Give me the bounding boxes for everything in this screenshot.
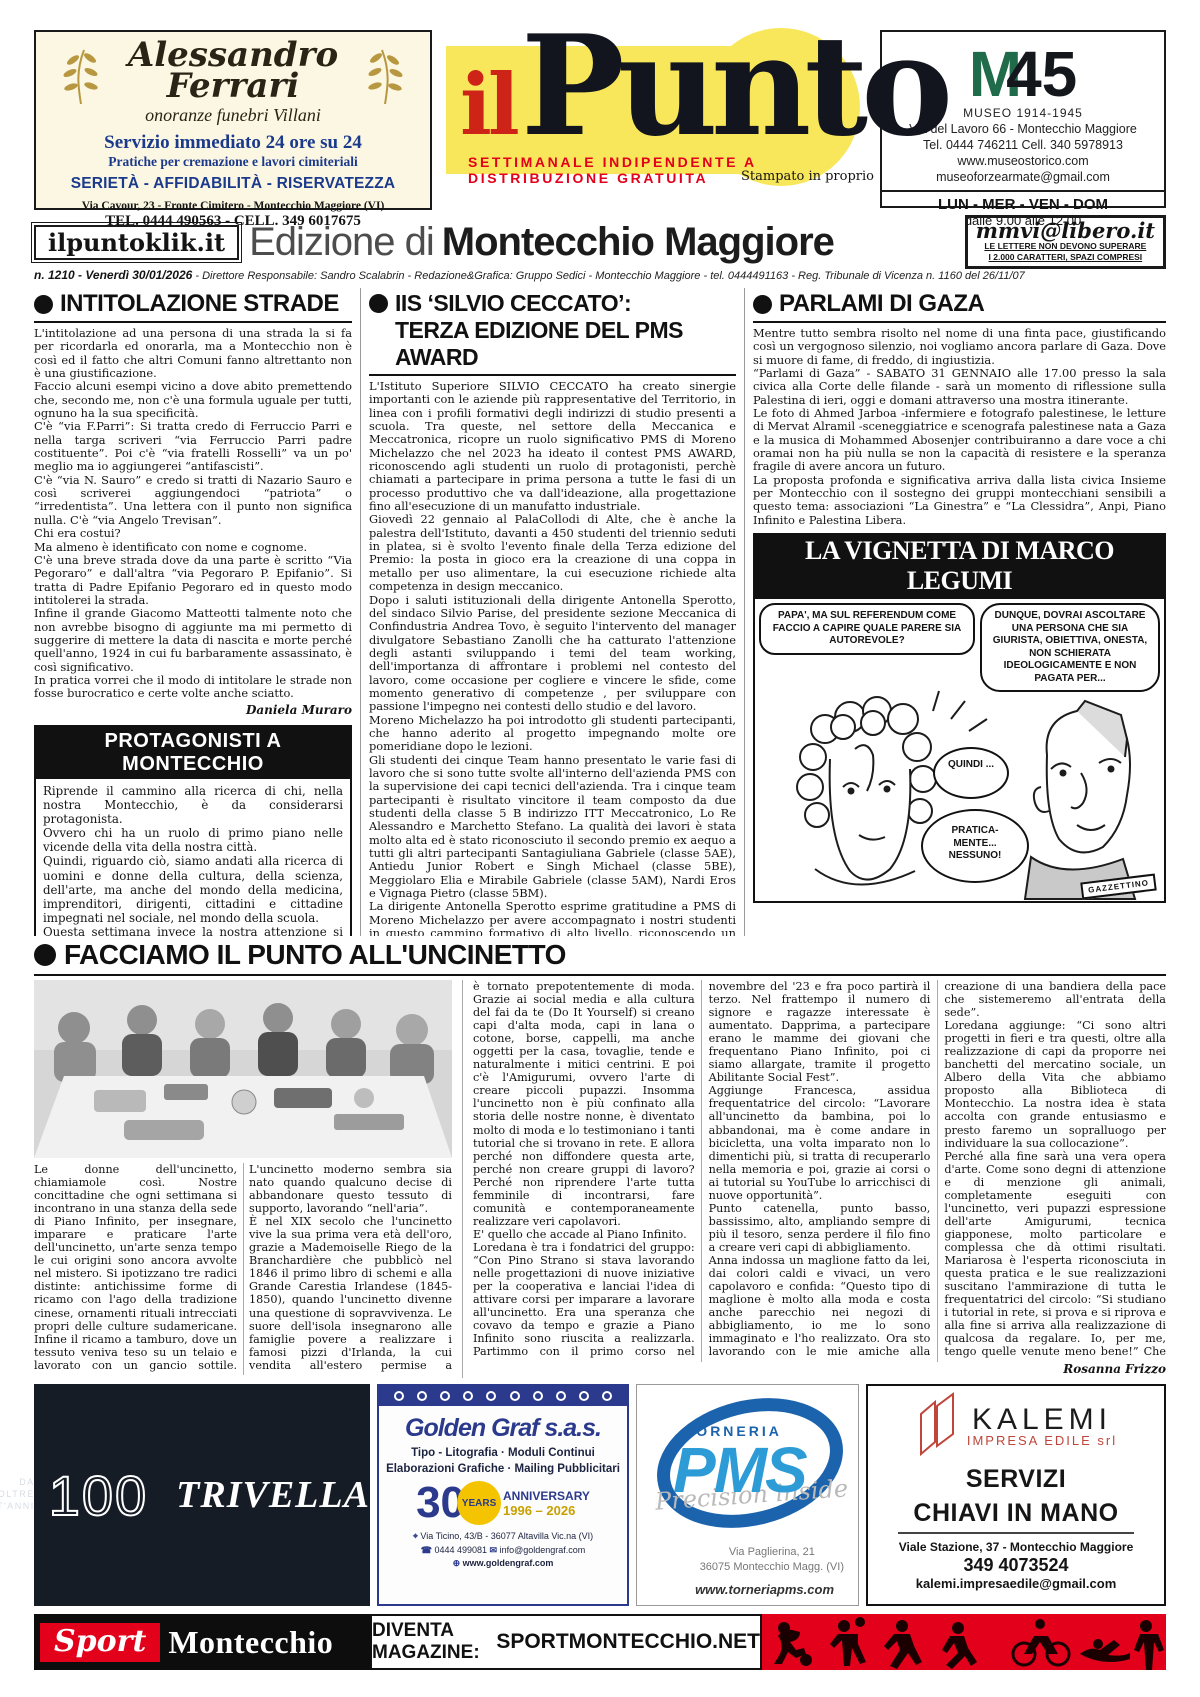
masthead-logo: il Punto: [460, 4, 946, 167]
intitolazione-body: L'intitolazione ad una persona di una st…: [34, 327, 352, 701]
ceccato-title-line2: TERZA EDIZIONE DEL PMS AWARD: [395, 317, 736, 371]
ferrari-subtitle: onoranze funebri Villani: [36, 105, 430, 126]
vignetta-title: LA VIGNETTA DI MARCO LEGUMI: [755, 535, 1164, 599]
kalemi-logo: KALEMI IMPRESA EDILE srl: [868, 1392, 1164, 1458]
top-articles-section: INTITOLAZIONE STRADE L'intitolazione ad …: [34, 288, 1166, 936]
globe-icon: ⊕: [453, 1558, 463, 1568]
uncinetto-title: FACCIAMO IL PUNTO ALL'UNCINETTO: [64, 939, 566, 971]
intitolazione-author: Daniela Muraro: [34, 703, 352, 717]
ferrari-funeral-ad: Alessandro Ferrari onoranze funebri Vill…: [34, 30, 432, 210]
gaza-body: Mentre tutto sembra risolto nel nome di …: [753, 327, 1166, 527]
letters-email-box: mmvi@libero.it LE LETTERE NON DEVONO SUP…: [965, 215, 1166, 268]
sports-pictograms-strip: [762, 1614, 1166, 1670]
speech-bubble-quindi: QUINDI ...: [933, 747, 1009, 799]
ferrari-practices-line: Pratiche per cremazione e lavori cimiter…: [36, 154, 430, 170]
edition-city: Montecchio Maggiore: [442, 220, 834, 265]
ferrari-values-line: SERIETÀ - AFFIDABILITÀ - RISERVATEZZA: [36, 175, 430, 193]
pms-website: www.torneriapms.com: [695, 1582, 834, 1597]
banner-site: SPORTMONTECCHIO.NET: [496, 1630, 760, 1654]
uncinetto-right-columns: è tornato prepotentemente di moda. Grazi…: [473, 980, 1166, 1362]
protagonisti-title: PROTAGONISTI A MONTECCHIO: [36, 727, 350, 779]
photo-illustration: [34, 980, 452, 1158]
logo-punto: Punto: [521, 4, 946, 167]
speech-bubble-answer: DUNQUE, DOVRAI ASCOLTARE UNA PERSONA CHE…: [980, 603, 1160, 692]
laurel-branch-icon: [362, 46, 408, 106]
protagonisti-box: PROTAGONISTI A MONTECCHIO Riprende il ca…: [34, 725, 352, 936]
vignetta-cartoon: PAPA', MA SUL REFERENDUM COME FACCIO A C…: [755, 599, 1164, 901]
ceccato-title-line1: IIS ‘SILVIO CECCATO’:: [395, 290, 631, 317]
golden-graf-services-1: Tipo - Litografia · Moduli Continui: [379, 1447, 627, 1459]
issue-number-date: n. 1210 - Venerdì 30/01/2026: [34, 268, 192, 282]
kalemi-address: Viale Stazione, 37 - Montecchio Maggiore: [868, 1540, 1164, 1554]
vignetta-box: LA VIGNETTA DI MARCO LEGUMI: [753, 533, 1166, 903]
trivellato-since-label: DA OLTRE CENT'ANNI: [0, 1477, 35, 1512]
anniversary-label: ANNIVERSARY: [503, 1489, 590, 1503]
pms-address: Via Paglierina, 21 36075 Montecchio Magg…: [700, 1545, 844, 1575]
kalemi-subtitle: IMPRESA EDILE srl: [967, 1433, 1117, 1448]
laurel-branch-icon: [58, 46, 104, 106]
headline-bullet-icon: [753, 295, 772, 314]
m45-logo-45: 45: [1006, 38, 1077, 110]
ceccato-body: L'Istituto Superiore SILVIO CECCATO ha c…: [369, 380, 736, 936]
divider: [898, 1532, 1135, 1534]
building-icon: [915, 1392, 959, 1458]
kalemi-phone: 349 4073524: [868, 1555, 1164, 1576]
uncinetto-right-block: è tornato prepotentemente di moda. Grazi…: [462, 980, 1166, 1378]
intitolazione-headline: INTITOLAZIONE STRADE: [34, 290, 352, 323]
ceccato-headline: IIS ‘SILVIO CECCATO’: TERZA EDIZIONE DEL…: [369, 290, 736, 376]
anniversary-dates: 1996 – 2026: [503, 1503, 590, 1518]
golden-graf-logo: Golden Graf s.a.s.: [379, 1414, 627, 1443]
uncinetto-left-block: Le donne dell'uncinetto, chiamiamole cos…: [34, 980, 452, 1378]
kalemi-service-line1: SERVIZI: [868, 1466, 1164, 1492]
headline-bullet-icon: [34, 944, 56, 966]
torneria-pms-ad: TORNERIA PMS Precision inside Via Paglie…: [636, 1384, 859, 1606]
ads-row: DA OLTRE CENT'ANNI 100 TRIVELLATO® Golde…: [34, 1384, 1166, 1606]
golden-graf-topbar: [379, 1386, 627, 1406]
sports-silhouettes: [762, 1614, 1166, 1670]
masthead: il Punto SETTIMANALE INDIPENDENTE A DIST…: [432, 30, 876, 214]
kalemi-name: KALEMI: [967, 1403, 1117, 1437]
website-badge: ilpuntoklik.it: [34, 225, 239, 260]
gaza-title: PARLAMI DI GAZA: [779, 290, 984, 318]
ferrari-phone: TEL. 0444 490563 - CELL. 349 6017675: [36, 213, 430, 230]
headline-bullet-icon: [369, 294, 388, 313]
printed-in-house-note: Stampato in proprio: [741, 169, 874, 184]
phone-icon: ☎: [421, 1545, 435, 1555]
letters-note-line2: I 2.000 CARATTERI, SPAZI COMPRESI: [976, 252, 1155, 263]
anniversary-logo: 30 YEARS ANNIVERSARY 1996 – 2026: [379, 1481, 627, 1525]
headline-bullet-icon: [34, 295, 53, 314]
golden-graf-ad: Golden Graf s.a.s. Tipo - Litografia · M…: [377, 1384, 629, 1606]
newspaper-front-page: Alessandro Ferrari onoranze funebri Vill…: [0, 0, 1200, 1697]
montecchio-label: Montecchio: [168, 1624, 333, 1661]
page-header: Alessandro Ferrari onoranze funebri Vill…: [34, 30, 1166, 214]
logo-il: il: [460, 55, 516, 154]
column-ceccato: IIS ‘SILVIO CECCATO’: TERZA EDIZIONE DEL…: [360, 288, 744, 936]
kalemi-email: kalemi.impresaedile@gmail.com: [868, 1576, 1164, 1591]
kalemi-ad: KALEMI IMPRESA EDILE srl SERVIZI CHIAVI …: [866, 1384, 1166, 1606]
issue-info-line: n. 1210 - Venerdì 30/01/2026 - Direttore…: [34, 268, 1166, 286]
museo-email: museoforzearmate@gmail.com: [882, 170, 1164, 184]
column-intitolazione: INTITOLAZIONE STRADE L'intitolazione ad …: [34, 288, 360, 936]
pms-logo: PMS: [673, 1433, 806, 1507]
sport-label: Sport: [40, 1623, 160, 1662]
footer-strip: Sport Montecchio DIVENTA MAGAZINE: SPORT…: [34, 1614, 1166, 1670]
uncinetto-article: Le donne dell'uncinetto, chiamiamole cos…: [34, 980, 1166, 1378]
museo-open-days: LUN - MER - VEN - DOM: [882, 190, 1164, 213]
ferrari-service-line: Servizio immediato 24 ore su 24: [36, 132, 430, 154]
intitolazione-title: INTITOLAZIONE STRADE: [60, 290, 339, 318]
uncinetto-headline: FACCIAMO IL PUNTO ALL'UNCINETTO: [34, 936, 1166, 976]
mail-icon: ✉: [490, 1545, 500, 1555]
kalemi-service-line2: CHIAVI IN MANO: [868, 1500, 1164, 1526]
protagonisti-body: Riprende il cammino alla ricerca di chi,…: [36, 779, 350, 936]
letters-email: mmvi@libero.it: [976, 220, 1155, 241]
issue-masthead-info: - Direttore Responsabile: Sandro Scalabr…: [192, 270, 1024, 282]
magazine-banner: DIVENTA MAGAZINE: SPORTMONTECCHIO.NET: [370, 1614, 762, 1670]
speech-bubble-nessuno: PRATICA- MENTE... NESSUNO!: [921, 809, 1029, 883]
column-gaza: PARLAMI DI GAZA Mentre tutto sembra riso…: [744, 288, 1166, 936]
uncinetto-left-columns: Le donne dell'uncinetto, chiamiamole cos…: [34, 1163, 452, 1375]
letters-note-line1: LE LETTERE NON DEVONO SUPERARE: [976, 241, 1155, 252]
crochet-group-photo: [34, 980, 452, 1158]
speech-bubble-question: PAPA', MA SUL REFERENDUM COME FACCIO A C…: [759, 603, 975, 655]
trivellato-ad: DA OLTRE CENT'ANNI 100 TRIVELLATO®: [34, 1384, 370, 1606]
ferrari-address: Via Cavour, 23 - Fronte Cimitero - Monte…: [36, 200, 430, 212]
golden-graf-contacts: ⌖ Via Ticino, 43/B - 36077 Altavilla Vic…: [379, 1530, 627, 1571]
sport-montecchio-logo: Sport Montecchio: [34, 1614, 370, 1670]
uncinetto-author: Rosanna Frizzo: [473, 1362, 1166, 1376]
gaza-headline: PARLAMI DI GAZA: [753, 290, 1166, 323]
anniversary-years-circle: YEARS: [457, 1481, 501, 1525]
trivellato-100: 100: [49, 1463, 148, 1528]
golden-graf-services-2: Elaborazioni Grafiche · Mailing Pubblici…: [379, 1463, 627, 1475]
banner-label: DIVENTA MAGAZINE:: [372, 1620, 488, 1664]
